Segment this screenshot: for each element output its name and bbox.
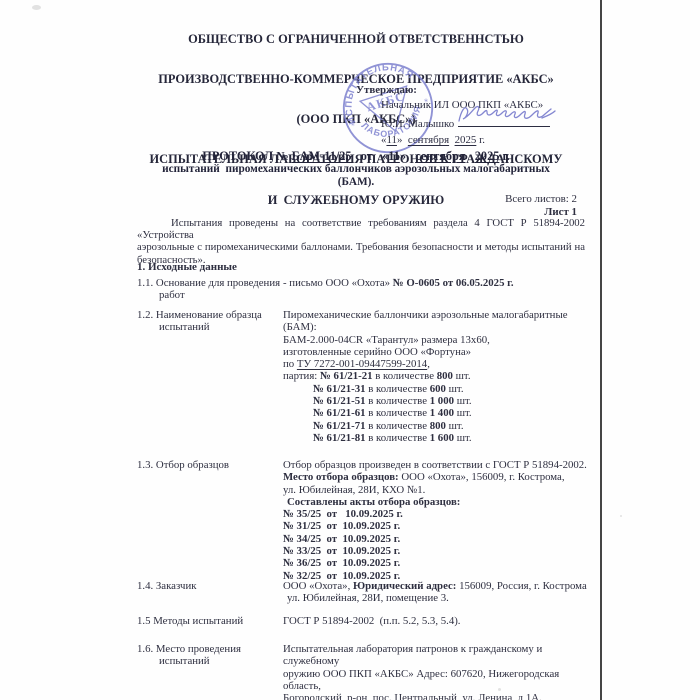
item-value: - письмо ООО «Охота» № О-0605 от 06.05.2… [283,277,589,289]
batch-line: № 61/21-51 в количестве 1 000 шт. [283,395,589,407]
item-label: 1.5 Методы испытаний [137,615,287,627]
item-value: ООО «Охота», Юридический адрес: 156009, … [283,580,589,605]
value-line: Пиромеханические баллончики аэрозольные … [283,309,589,321]
approval-date: «11» сентября 2025 г. [381,134,591,146]
item-label: 1.2. Наименование образца испытаний [137,309,287,334]
value-line: оружию ООО ПКП «АКБС» Адрес: 607620, Ниж… [283,668,589,693]
batch-line: № 61/21-81 в количестве 1 600 шт. [283,432,589,444]
item-value: ГОСТ Р 51894-2002 (п.п. 5.2, 5.3, 5.4). [283,615,589,627]
value-line: Отбор образцов произведен в соответствии… [283,459,589,471]
section-1-heading: 1. Исходные данные [137,261,237,273]
value-line: БАМ-2.000-04CR «Тарантул» размера 13х60, [283,334,589,346]
batch-line: № 61/21-71 в количестве 800 шт. [283,420,589,432]
act-line: № 35/25 от 10.09.2025 г. [283,508,589,520]
intro-line: Испытания проведены на соответствие треб… [137,217,585,241]
value-line: Составлены акты отбора образцов: [283,496,589,508]
item-value: Пиромеханические баллончики аэрозольные … [283,309,589,444]
value-line: Богородский р-он, пос. Центральный, ул. … [283,692,589,700]
value-line: ул. Юбилейная, 28И, КХО №1. [283,484,589,496]
signature-scribble [456,101,556,127]
value-line: Место отбора образцов: ООО «Охота», 1560… [283,471,589,483]
intro-paragraph: Испытания проведены на соответствие треб… [137,217,585,266]
value-line: Испытательная лаборатория патронов к гра… [283,643,589,668]
signature-line [458,113,550,127]
act-line: № 33/25 от 10.09.2025 г. [283,545,589,557]
value-line: ГОСТ Р 51894-2002 (п.п. 5.2, 5.3, 5.4). [283,615,589,627]
approval-block: Утверждаю: Начальник ИЛ ООО ПКП «АКБС» Ю… [356,84,591,146]
item-label: 1.6. Место проведения испытаний [137,643,287,668]
value-line: - письмо ООО «Охота» № О-0605 от 06.05.2… [283,277,589,289]
intro-line: аэрозольные с пиромеханическими баллонам… [137,241,585,253]
sheets-total: Всего листов: 2 [505,193,577,206]
value-line: (БАМ): [283,321,589,333]
act-line: № 31/25 от 10.09.2025 г. [283,520,589,532]
item-value: Отбор образцов произведен в соответствии… [283,459,589,582]
batch-line: партия: № 61/21-21 в количестве 800 шт. [283,370,589,382]
scan-speck [620,515,622,517]
document-page: ОБЩЕСТВО С ОГРАНИЧЕННОЙ ОТВЕТСТВЕННСТЬЮ … [0,0,700,700]
item-label: 1.1. Основание для проведения работ [137,277,287,302]
page-edge-line [600,0,602,700]
item-label: 1.4. Заказчик [137,580,287,592]
protocol-subtitle-abbrev: (БАМ). [110,176,602,189]
approver-name-line: Ю.И. Малышко [381,113,591,130]
sheet-counter: Всего листов: 2 Лист 1 [505,193,577,218]
value-line: ООО «Охота», Юридический адрес: 156009, … [283,580,589,592]
item-label: 1.3. Отбор образцов [137,459,287,471]
scan-speck [32,5,41,10]
act-line: № 36/25 от 10.09.2025 г. [283,557,589,569]
value-line: по ТУ 7272-001-09447599-2014, [283,358,589,370]
batch-line: № 61/21-31 в количестве 600 шт. [283,383,589,395]
protocol-subtitle: испытаний пиромеханических баллончиков а… [110,163,602,176]
header-line: ОБЩЕСТВО С ОГРАНИЧЕННОЙ ОТВЕТСТВЕННСТЬЮ [110,33,602,46]
protocol-title: ПРОТОКОЛ № БАМ-11/25 от «11» сентября 20… [110,149,602,163]
value-line: ул. Юбилейная, 28И, помещение 3. [283,592,589,604]
batch-line: № 61/21-61 в количестве 1 400 шт. [283,407,589,419]
protocol-title-block: ПРОТОКОЛ № БАМ-11/25 от «11» сентября 20… [110,149,602,188]
approval-label: Утверждаю: [356,84,591,96]
item-value: Испытательная лаборатория патронов к гра… [283,643,589,700]
act-line: № 34/25 от 10.09.2025 г. [283,533,589,545]
value-line: изготовленные серийно ООО «Фортуна» [283,346,589,358]
approver-name: Ю.И. Малышко [381,118,454,130]
